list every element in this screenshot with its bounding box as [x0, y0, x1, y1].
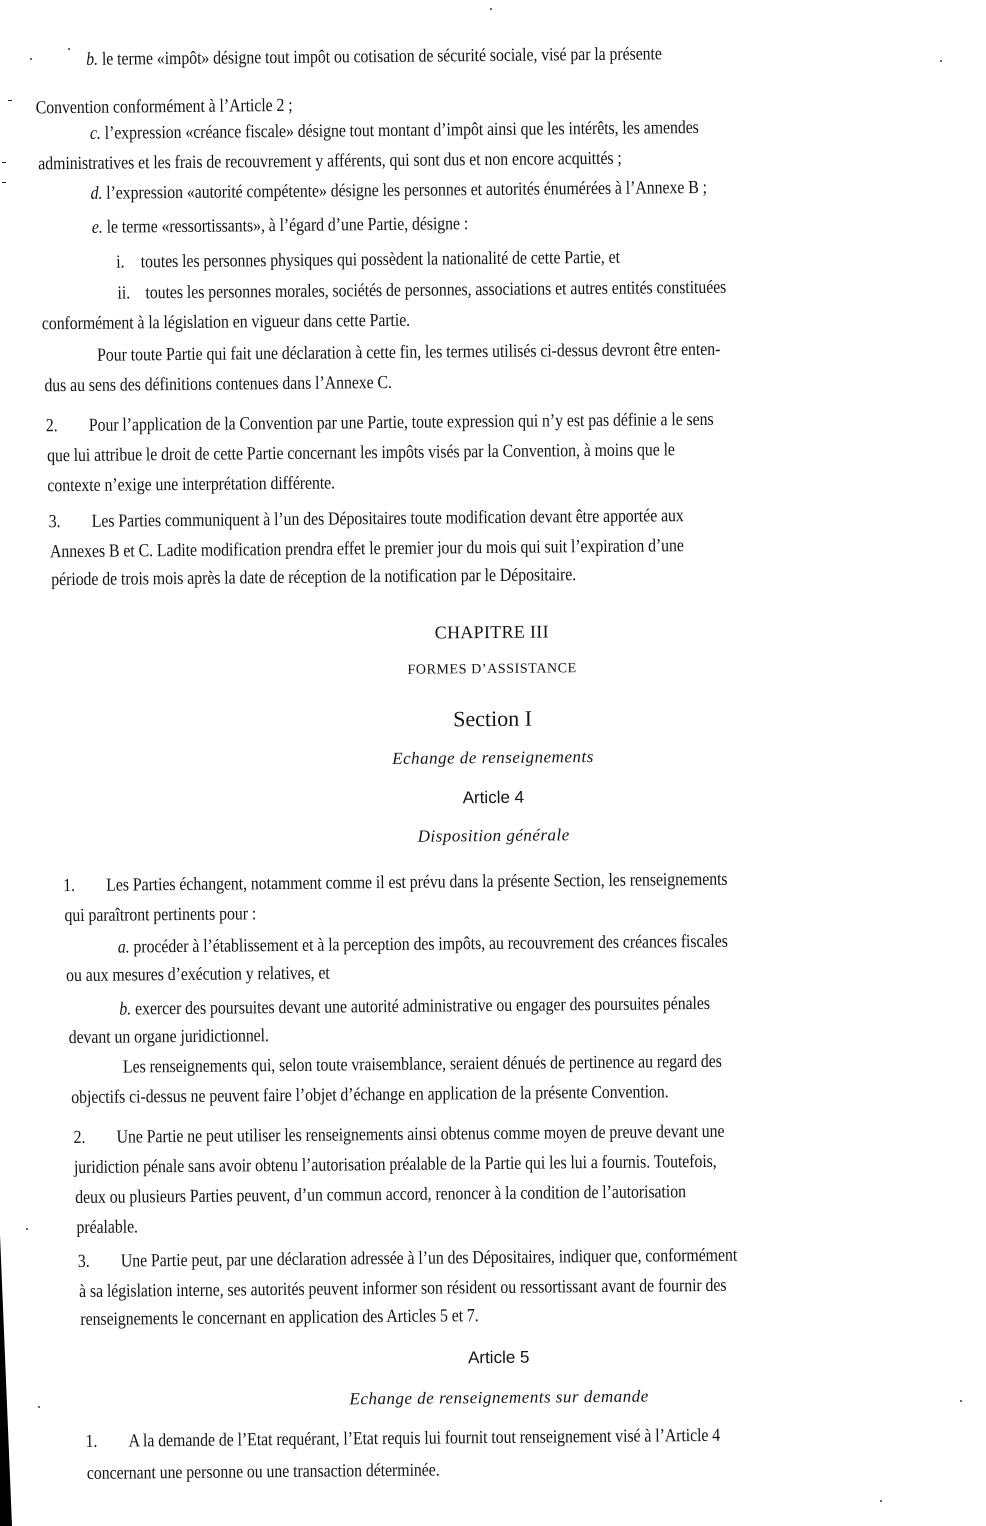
scan-mark	[8, 100, 12, 101]
definition-d-line1: d. l’expression «autorité compétente» dé…	[90, 178, 707, 205]
article-4-para-2-line4: préalable.	[76, 1217, 138, 1239]
definition-e-ii-line2: conformément à la législation en vigueur…	[42, 311, 410, 336]
para-3-line3: période de trois mois après la date de r…	[51, 565, 576, 591]
definition-e-i-line1: i. toutes les personnes physiques qui po…	[116, 248, 620, 274]
article-4-para-3-line3: renseignements le concernant en applicat…	[80, 1306, 478, 1331]
article-4-para-3-line2: à sa législation interne, ses autorités …	[79, 1276, 727, 1303]
article-4-para-2-line2: juridiction pénale sans avoir obtenu l’a…	[74, 1152, 717, 1179]
chapter-title: CHAPITRE III	[0, 617, 985, 647]
article-4-item-a-line2: ou aux mesures d’exécution y relatives, …	[66, 964, 330, 988]
para-number: 2.	[74, 1128, 117, 1149]
para-number: 1.	[85, 1432, 128, 1453]
article-5-para-1-line1: 1.A la demande de l’Etat requérant, l’Et…	[85, 1426, 720, 1453]
para-number: 2.	[46, 416, 89, 437]
para-2-line2: que lui attribue le droit de cette Parti…	[47, 440, 675, 467]
item-marker: b.	[119, 999, 131, 1019]
item-marker: e.	[92, 218, 103, 238]
scan-speck	[960, 1400, 962, 1402]
article-4-item-b-line1: b. exercer des poursuites devant une aut…	[119, 994, 710, 1021]
para-number: 3.	[78, 1252, 121, 1273]
scan-speck	[490, 8, 492, 10]
item-marker: d.	[90, 184, 102, 204]
scan-speck	[940, 60, 942, 62]
declaration-para-line2: dus au sens des définitions contenues da…	[44, 373, 392, 397]
item-marker: c.	[90, 124, 101, 144]
definition-b-line2: Convention conformément à l’Article 2 ;	[36, 96, 293, 119]
article-4-item-a-line1: a. procéder à l’établissement et à la pe…	[118, 932, 728, 959]
section-title: Section I	[0, 701, 986, 736]
definition-c-line2: administratives et les frais de recouvre…	[38, 149, 622, 176]
article-4-title: Article 4	[0, 783, 986, 812]
item-marker: ii.	[117, 283, 141, 304]
scan-mark	[2, 162, 6, 163]
declaration-para-line1: Pour toute Partie qui fait une déclarati…	[97, 340, 720, 367]
relevance-para-line1: Les renseignements qui, selon toute vrai…	[123, 1052, 722, 1079]
document-page: b. le terme «impôt» désigne tout impôt o…	[0, 0, 986, 1526]
para-3-line1: 3.Les Parties communiquent à l’un des Dé…	[49, 506, 684, 533]
definition-e-ii-line1: ii. toutes les personnes morales, sociét…	[117, 278, 726, 305]
article-4-subtitle: Disposition générale	[1, 821, 986, 850]
article-4-item-b-line2: devant un organe juridictionnel.	[69, 1026, 269, 1049]
scan-speck	[880, 1500, 882, 1502]
para-3-line2: Annexes B et C. Ladite modification pren…	[50, 536, 684, 563]
scan-speck	[26, 1228, 28, 1230]
scan-edge-shadow	[0, 1235, 12, 1526]
item-marker: b.	[86, 50, 98, 70]
item-marker: i.	[116, 252, 137, 273]
article-4-para-3-line1: 3.Une Partie peut, par une déclaration a…	[78, 1246, 738, 1273]
article-4-para-2-line1: 2.Une Partie ne peut utiliser les rensei…	[74, 1122, 725, 1149]
article-4-para-1-line2: qui paraîtront pertinents pour :	[64, 904, 256, 927]
item-marker: a.	[118, 937, 130, 957]
para-2-line3: contexte n’exige une interprétation diff…	[47, 474, 335, 498]
scan-speck	[38, 1406, 40, 1408]
article-4-para-2-line3: deux ou plusieurs Parties peuvent, d’un …	[75, 1182, 686, 1209]
scan-speck	[30, 58, 32, 60]
article-5-para-1-line2: concernant une personne ou une transacti…	[87, 1461, 440, 1485]
article-5-title: Article 5	[6, 1343, 986, 1372]
definition-b-line1: b. le terme «impôt» désigne tout impôt o…	[86, 44, 662, 71]
section-subtitle: Echange de renseignements	[0, 743, 986, 772]
scan-speck	[68, 48, 70, 50]
scan-mark	[2, 182, 6, 183]
definition-e-line1: e. le terme «ressortissants», à l’égard …	[92, 214, 469, 239]
relevance-para-line2: objectifs ci-dessus ne peuvent faire l’o…	[71, 1082, 669, 1109]
article-5-subtitle: Echange de renseignements sur demande	[6, 1383, 986, 1412]
para-number: 1.	[63, 876, 106, 897]
chapter-subtitle: FORMES D’ASSISTANCE	[0, 657, 985, 682]
definition-c-line1: c. l’expression «créance fiscale» désign…	[90, 118, 699, 145]
para-2-line1: 2.Pour l’application de la Convention pa…	[46, 410, 714, 437]
para-number: 3.	[49, 512, 92, 533]
article-4-para-1-line1: 1.Les Parties échangent, notamment comme…	[63, 870, 728, 897]
